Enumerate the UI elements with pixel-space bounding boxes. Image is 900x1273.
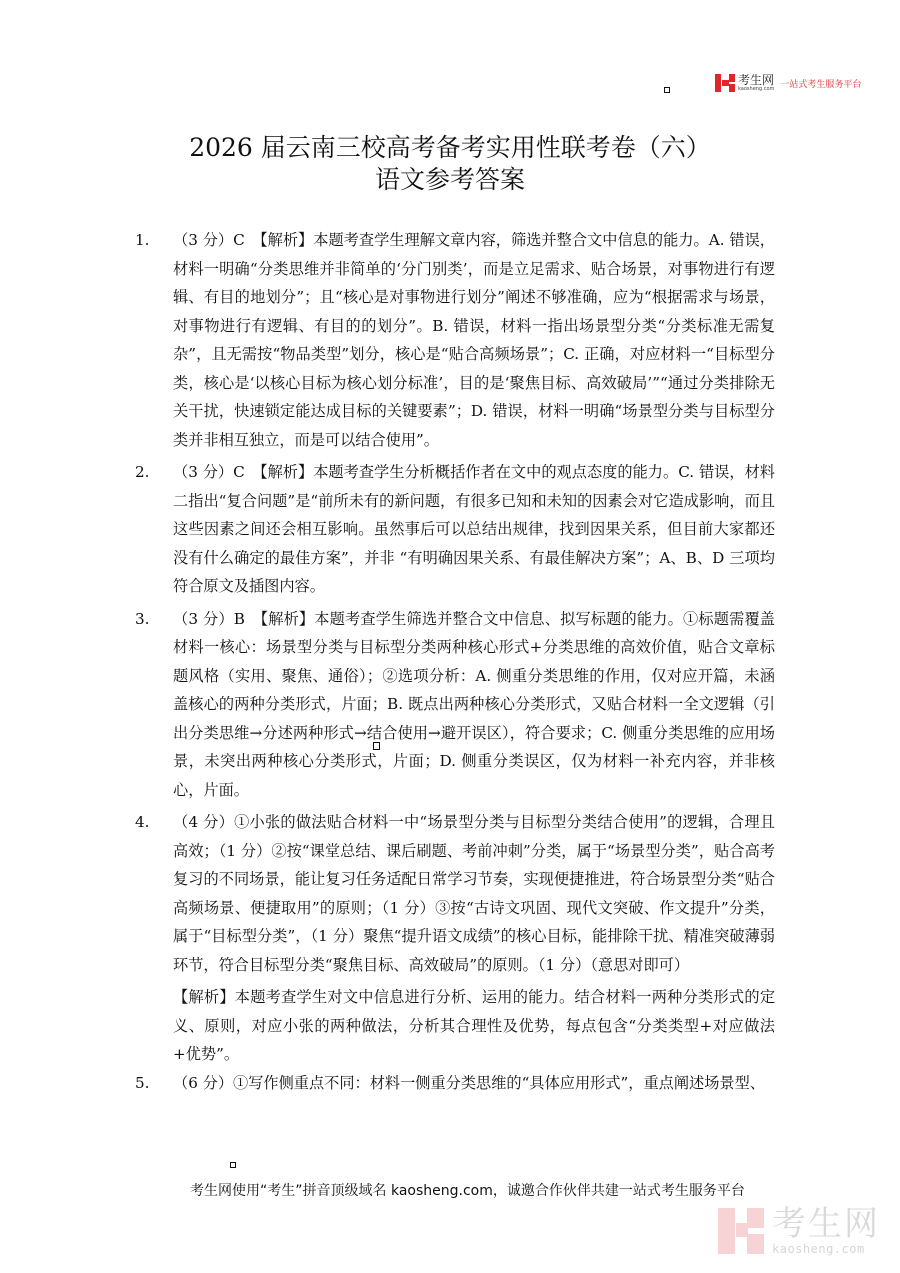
kaosheng-logo-icon bbox=[715, 74, 735, 92]
answer-number: 3. bbox=[135, 605, 169, 634]
answer-item-5: 5. （6 分）①写作侧重点不同：材料一侧重分类思维的“具体应用形式”，重点阐述… bbox=[135, 1069, 775, 1098]
watermark-en: kaosheng.com bbox=[772, 1243, 880, 1255]
header-logo[interactable]: 考生网 kaosheng.com 一站式考生服务平台 bbox=[715, 72, 861, 94]
page-subtitle: 语文参考答案 bbox=[0, 164, 900, 196]
answer-item-1: 1. （3 分）C 【解析】本题考查学生理解文章内容，筛选并整合文中信息的能力。… bbox=[135, 226, 775, 454]
watermark-logo: 考生网 kaosheng.com bbox=[718, 1207, 880, 1255]
watermark-cn: 考生网 bbox=[772, 1207, 880, 1241]
answer-4-analysis: 【解析】本题考查学生对文中信息进行分析、运用的能力。结合材料一两种分类形式的定义… bbox=[135, 983, 775, 1069]
answer-number: 4. bbox=[135, 808, 169, 837]
logo-text: 考生网 kaosheng.com bbox=[738, 74, 774, 92]
answer-item-3: 3. （3 分）B 【解析】本题考查学生筛选并整合文中信息、拟写标题的能力。①标… bbox=[135, 605, 775, 805]
answer-text: （3 分）C 【解析】本题考查学生分析概括作者在文中的观点态度的能力。C. 错误… bbox=[173, 458, 775, 601]
logo-slogan: 一站式考生服务平台 bbox=[780, 77, 861, 90]
answer-number: 5. bbox=[135, 1069, 169, 1098]
answer-list: 1. （3 分）C 【解析】本题考查学生理解文章内容，筛选并整合文中信息的能力。… bbox=[135, 226, 775, 1097]
answer-item-4: 4. （4 分）①小张的做法贴合材料一中“场景型分类与目标型分类结合使用”的逻辑… bbox=[135, 808, 775, 979]
answer-text: （3 分）B 【解析】本题考查学生筛选并整合文中信息、拟写标题的能力。①标题需覆… bbox=[173, 605, 775, 805]
document-page: 考生网 kaosheng.com 一站式考生服务平台 2026 届云南三校高考备… bbox=[0, 0, 900, 1273]
placeholder-box-icon bbox=[230, 1162, 236, 1168]
logo-en: kaosheng.com bbox=[738, 87, 774, 92]
watermark-logo-icon bbox=[718, 1208, 764, 1254]
answer-item-2: 2. （3 分）C 【解析】本题考查学生分析概括作者在文中的观点态度的能力。C.… bbox=[135, 458, 775, 601]
footer-text: 考生网使用“考生”拼音顶级域名 kaosheng.com，诚邀合作伙伴共建一站式… bbox=[190, 1180, 745, 1200]
watermark-text: 考生网 kaosheng.com bbox=[772, 1207, 880, 1255]
answer-number: 1. bbox=[135, 226, 169, 255]
placeholder-box-icon bbox=[664, 87, 670, 93]
answer-text: （4 分）①小张的做法贴合材料一中“场景型分类与目标型分类结合使用”的逻辑，合理… bbox=[173, 808, 775, 979]
placeholder-box-icon bbox=[373, 742, 380, 750]
answer-number: 2. bbox=[135, 458, 169, 487]
answer-text: （6 分）①写作侧重点不同：材料一侧重分类思维的“具体应用形式”，重点阐述场景型… bbox=[173, 1069, 775, 1098]
page-title: 2026 届云南三校高考备考实用性联考卷（六） bbox=[0, 132, 900, 164]
answer-text: （3 分）C 【解析】本题考查学生理解文章内容，筛选并整合文中信息的能力。A. … bbox=[173, 226, 775, 454]
logo-cn: 考生网 bbox=[738, 74, 774, 86]
